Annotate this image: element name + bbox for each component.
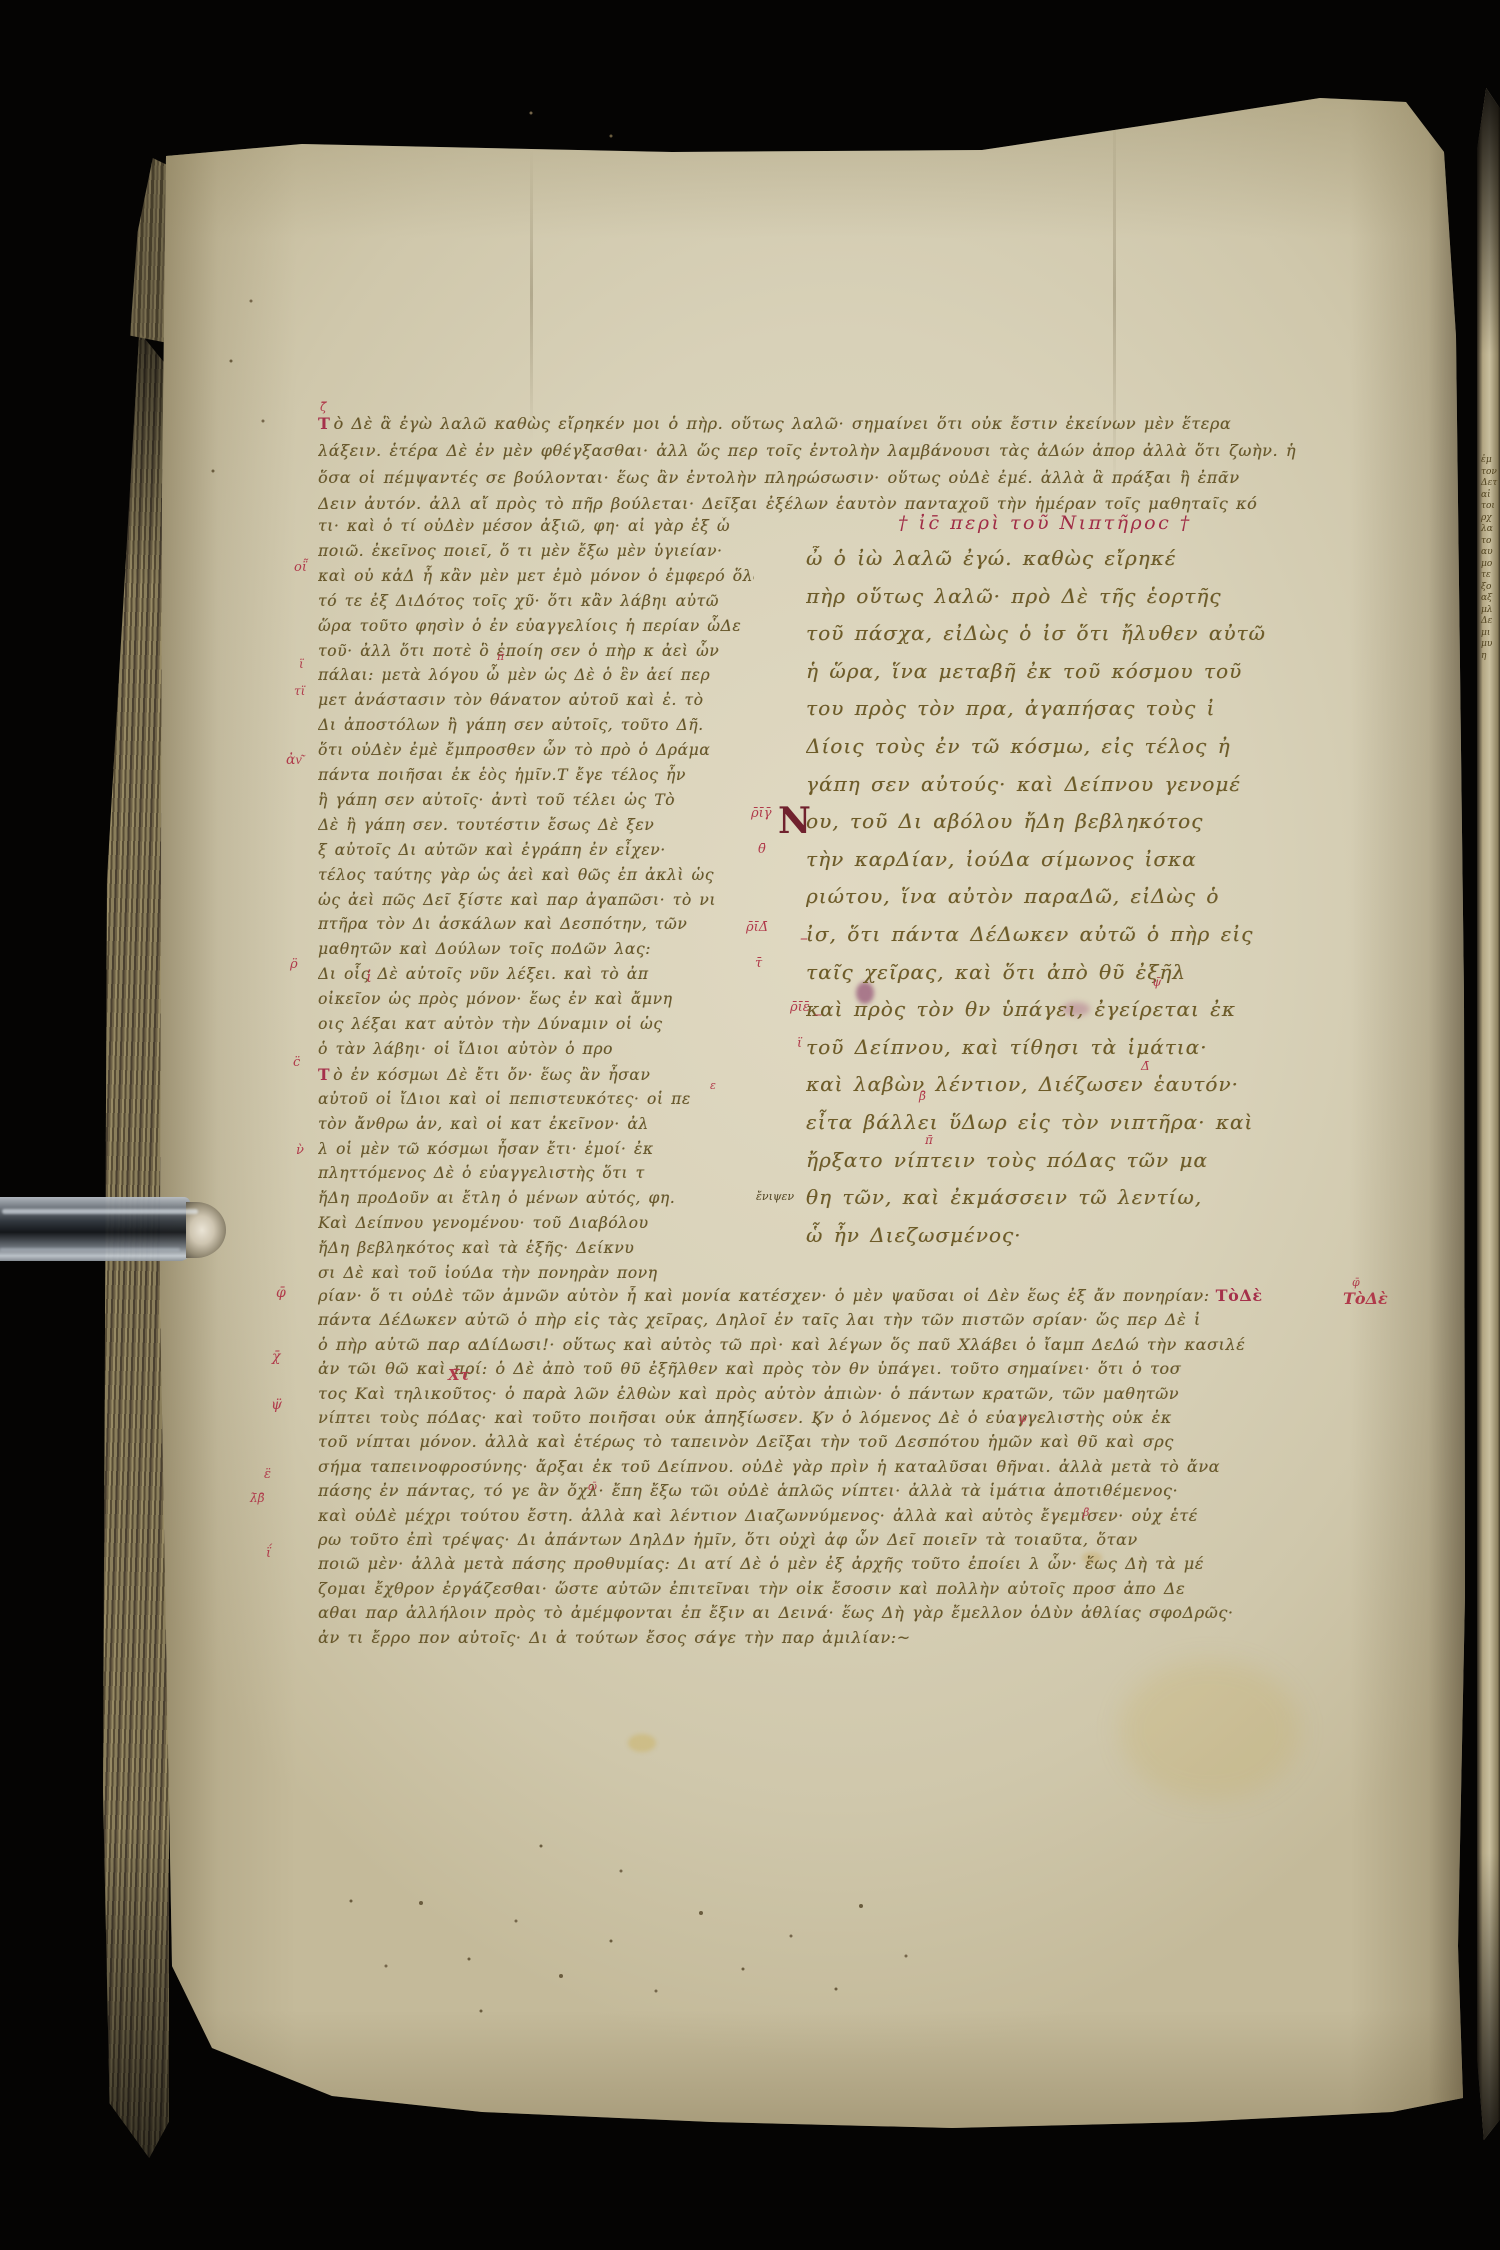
chapter-number-mark: ρ̄ῑε̄ xyxy=(790,1000,810,1015)
interlinear-gloss: ἔνιψεν xyxy=(756,1190,794,1203)
parchment-crease xyxy=(530,150,533,440)
manuscript-line: ὅσα οἱ πέμψαντές σε βούλονται· ἕως ἂν ἐν… xyxy=(318,468,1240,487)
manuscript-line: Δὲ ἢ γάπη σεν. τουτέστιν ἔσως Δὲ ξεν xyxy=(318,816,654,834)
manuscript-line: τοῦ νίπται μόνον. ἀλλὰ καὶ ἑτέρως τὸ ταπ… xyxy=(318,1432,1174,1451)
lemma-line: Δίοις τοὺς ἐν τῶ κόσμω, εἰς τέλος ἠ xyxy=(806,734,1231,758)
supralinear-mark: β̄ xyxy=(919,1089,926,1103)
margin-mark: λ̄β̄ xyxy=(250,1491,265,1505)
manuscript-line: τό τε ἐξ ΔιΔότος τοῖς χῦ· ὅτι κἂν λάβηι … xyxy=(318,592,719,610)
manuscript-line: οἰκεῖον ὡς πρὸς μόνον· ἕως ἐν καὶ ἄμνη xyxy=(318,990,673,1008)
manuscript-line: πάλαι: μετὰ λόγου ὦ μὲν ὡς Δὲ ὁ ἓν ἀεί π… xyxy=(318,666,710,684)
manuscript-line: τοῦ· ἀλλ ὅτι ποτὲ ὃ ἐποίη σεν ὁ πὴρ κ ἀε… xyxy=(318,642,719,660)
glass-rod-highlight xyxy=(0,1248,180,1251)
lemma-line: ἡ ὥρα, ἵνα μεταβῆ ἐκ τοῦ κόσμου τοῦ xyxy=(806,659,1242,683)
lemma-line: ἤρξατο νίπτειν τοὺς πόΔας τῶν μα xyxy=(806,1148,1208,1172)
manuscript-line: νίπτει τοὺς πόΔας· καὶ τοῦτο ποιῆσαι οὐκ… xyxy=(318,1408,1172,1427)
supralinear-mark: φ̄ xyxy=(1352,1276,1360,1289)
supralinear-mark: π̄ xyxy=(925,1133,933,1147)
manuscript-photo: Τὸ Δὲ ἃ ἐγὼ λαλῶ καθὼς εἴρηκέν μοι ὁ πὴρ… xyxy=(0,0,1500,2250)
manuscript-line: Δειν ἀυτόν. ἀλλ αἴ πρὸς τὸ πῆρ βούλεται·… xyxy=(318,494,1257,513)
margin-mark: οῗ xyxy=(294,560,307,575)
lemma-line: τοῦ Δείπνου, καὶ τίθησι τὰ ἱμάτια· xyxy=(806,1035,1208,1059)
manuscript-line: καὶ οὐ κἀΔ ἦ κἂν μὲν μετ ἐμὸ μόνον ὁ ἐμφ… xyxy=(318,567,754,585)
manuscript-line: ποιῶ. ἐκεῖνος ποιεῖ, ὅ τι μὲν ἔξω μὲν ὑγ… xyxy=(318,542,723,560)
manuscript-line: ὡς ἀεὶ πῶς Δεῖ ξίστε καὶ παρ ἀγαπῶσι· τὸ… xyxy=(318,891,716,909)
manuscript-line: Δι ἀποστόλων ἢ γάπη σεν αὐτοῖς, τοῦτο Δῆ… xyxy=(318,716,704,734)
margin-mark: ρ̈ xyxy=(290,957,298,972)
supralinear-mark: ψ xyxy=(1018,1411,1027,1425)
lemma-line: ου, τοῦ Δι αβόλου ἤΔη βεβληκότος xyxy=(806,809,1203,833)
manuscript-line: σι Δὲ καὶ τοῦ ἰούΔα τὴν πονηρὰν πονη xyxy=(318,1264,658,1282)
lemma-line: ταῖς χεῖρας, καὶ ὅτι ἀπὸ θῦ ἐξῆλ xyxy=(806,960,1186,984)
manuscript-line: πάντα ποιῆσαι ἐκ ἑὸς ἡμῖν.Τ ἔγε τέλος ἦν xyxy=(318,766,686,784)
lemma-line: ἰσ, ὅτι πάντα ΔέΔωκεν αὐτῶ ὁ πὴρ εἰς xyxy=(806,922,1253,946)
manuscript-line: λ οἱ μὲν τῶ κόσμωι ἦσαν ἔτι· ἐμοί· ἐκ xyxy=(318,1140,654,1158)
rubric-heading: † ἰϲ̄ περὶ τοῦ Νιπτῆροϲ † xyxy=(898,512,1192,534)
supralinear-mark: ω̄ xyxy=(588,1480,597,1493)
lemma-line: τοῦ πάσχα, εἰΔὼς ὁ ἰσ ὅτι ἤλυθεν αὐτῶ xyxy=(806,621,1266,645)
foxing-speckles xyxy=(0,0,2,2)
manuscript-line: τος Καὶ τηλικοῦτος· ὁ παρὰ λῶν ἐλθὼν καὶ… xyxy=(318,1384,1179,1403)
page-stack-edges-top xyxy=(130,158,168,343)
manuscript-line: Τὸ ἐν κόσμωι Δὲ ἔτι ὄν· ἕως ἂν ἦσαν xyxy=(318,1065,650,1084)
lemma-line: του πρὸς τὸν πρα, ἀγαπήσας τοὺς ἰ xyxy=(806,696,1215,720)
manuscript-line: Τὸ Δὲ ἃ ἐγὼ λαλῶ καθὼς εἴρηκέν μοι ὁ πὴρ… xyxy=(318,414,1231,433)
manuscript-line: τὸν ἄνθρω ἀν, καὶ οἱ κατ ἐκεῖνον· ἀλ xyxy=(318,1115,649,1133)
chapter-number-mark: ρ̄ῑγ̄ xyxy=(751,806,772,821)
rubric-inline-word: ΤὸΔὲ xyxy=(1343,1289,1388,1308)
margin-mark: χ̄ xyxy=(272,1349,280,1365)
manuscript-line: ὅτι οὐΔὲν ἐμὲ ἔμπροσθεν ὧν τὸ πρὸ ὁ Δράμ… xyxy=(318,741,710,759)
glass-rod-highlight xyxy=(2,1209,198,1214)
margin-mark: φ̄ xyxy=(276,1285,286,1301)
lemma-line: θη τῶν, καὶ ἐκμάσσειν τῶ λεντίω, xyxy=(806,1185,1202,1209)
opening-text-block: Τὸ Δὲ ἃ ἐγὼ λαλῶ καθὼς εἴρηκέν μοι ὁ πὴρ… xyxy=(318,414,1426,526)
manuscript-line: αθαι παρ ἀλλήλοιν πρὸς τὸ ἀμέμφονται ἐπ … xyxy=(318,1603,1234,1622)
manuscript-line: μαθητῶν καὶ Δούλων τοῖς ποΔῶν λας: xyxy=(318,940,651,958)
margin-mark: ε̈ xyxy=(264,1467,271,1482)
manuscript-line: καὶ οὐΔὲ μέχρι τούτου ἔστη. ἀλλὰ καὶ λέν… xyxy=(318,1506,1198,1525)
parchment-stain xyxy=(1120,1660,1300,1800)
manuscript-line: ρίαν· ὅ τι οὐΔὲ τῶν ἀμνῶν αὐτὸν ἦ καὶ μο… xyxy=(318,1286,1266,1305)
next-page-text-sliver: ἐμ τον Δετ αἰ τοι ρχ λα το αυ μο τε ξο α… xyxy=(1481,455,1499,662)
manuscript-line: ἀν τι ἔρρο πον αὐτοῖς· Δι ἀ τούτων ἔσος … xyxy=(318,1628,911,1647)
lemma-line: ὧ ἦν Διεζωσμένος· xyxy=(806,1223,1021,1247)
margin-mark: ϊ xyxy=(299,657,304,671)
margin-mark: ν̀ xyxy=(296,1143,304,1158)
manuscript-line: πάσης ἐν πάντας, τό γε ἂν ὄχλ· ἔπη ἔξω τ… xyxy=(318,1481,1178,1500)
manuscript-line: αὐτοῦ οἱ ἴΔιοι καὶ οἱ πεπιστευκότες· οἱ … xyxy=(318,1090,691,1108)
commentary-column-left: τι· καὶ ὁ τί οὐΔὲν μέσον ἀξιῶ, φη· αἰ γὰ… xyxy=(318,517,754,1299)
manuscript-line: ζομαι ἔχθρον ἐργάζεσθαι· ὥστε αὐτῶν ἐπιτ… xyxy=(318,1579,1185,1598)
manuscript-line: τέλος ταύτης γὰρ ὡς ἀεὶ καὶ θῶς ἐπ ἀκλὶ … xyxy=(318,866,714,884)
manuscript-line: τι· καὶ ὁ τί οὐΔὲν μέσον ἀξιῶ, φη· αἰ γὰ… xyxy=(318,517,730,535)
lemma-line: εἶτα βάλλει ὕΔωρ εἰς τὸν νιπτῆρα· καὶ xyxy=(806,1110,1253,1134)
margin-mark: ΐ xyxy=(266,1546,271,1561)
manuscript-line: λάξειν. ἑτέρα Δὲ ἐν μὲν φθέγξασθαι· ἀλλ … xyxy=(318,441,1296,460)
manuscript-line: πληττόμενος Δὲ ὁ εὐαγγελιστὴς ὅτι τ xyxy=(318,1164,645,1182)
supralinear-mark: ε xyxy=(710,1079,716,1092)
fore-edge-pages xyxy=(1477,88,1500,2140)
parchment-stain xyxy=(628,1734,656,1752)
lemma-line: πὴρ οὕτως λαλῶ· πρὸ Δὲ τῆς ἑορτῆς xyxy=(806,584,1221,608)
margin-mark: ψ̈ xyxy=(271,1397,282,1413)
rubric-inline-mark: Χ̄τ xyxy=(448,1366,470,1384)
drop-cap-initial: Ν xyxy=(778,800,811,842)
lection-dash-mark: – xyxy=(800,928,808,947)
manuscript-line: μετ ἀνάστασιν τὸν θάνατον αὐτοῦ καὶ ἐ. τ… xyxy=(318,691,704,709)
manuscript-line: ποιῶ μὲν· ἀλλὰ μετὰ πάσης προθυμίας: Δι … xyxy=(318,1554,1204,1573)
margin-mark: τϊ xyxy=(294,684,305,698)
supralinear-mark: β̄ xyxy=(1083,1506,1089,1519)
manuscript-line: ρω τοῦτο ἐπὶ τρέψας· Δι ἀπάντων ΔηλΔν ἡμ… xyxy=(318,1530,1138,1549)
manuscript-line: ἢ γάπη σεν αὐτοῖς· ἀντὶ τοῦ τέλει ὡς Τὸ xyxy=(318,791,675,809)
manuscript-line: ὁ τὰν λάβηι· οἱ ἴΔιοι αὐτὸν ὁ προ xyxy=(318,1040,613,1058)
manuscript-line: Καὶ Δείπνου γενομένου· τοῦ Διαβόλου xyxy=(318,1214,649,1232)
margin-mark: ζ̄ xyxy=(320,400,327,414)
manuscript-line: ἤΔη προΔοῦν αι ἔτλη ὁ μένων αὐτός, φη. xyxy=(318,1189,675,1207)
manuscript-line: ὥρα τοῦτο φησὶν ὁ ἐν εὐαγγελίοις ἡ περία… xyxy=(318,617,741,635)
chapter-letter-mark: ϊ xyxy=(797,1036,802,1051)
red-initial: ἰ xyxy=(366,968,372,986)
lemma-line: γάπη σεν αὐτούς· καὶ Δείπνου γενομέ xyxy=(806,772,1241,796)
manuscript-line: πάντα ΔέΔωκεν αὐτῶ ὁ πὴρ εἰς τὰς χεῖρας,… xyxy=(318,1310,1201,1329)
manuscript-line: οις λέξαι κατ αὐτὸν τὴν Δύναμιν οἱ ὡς xyxy=(318,1015,663,1033)
manuscript-line: σήμα ταπεινοφροσύνης· ἄρξαι ἐκ τοῦ Δείπν… xyxy=(318,1457,1220,1476)
manuscript-line: ἤΔη βεβληκότος καὶ τὰ ἑξῆς· Δείκνυ xyxy=(318,1239,634,1257)
lemma-line: ριώτου, ἵνα αὐτὸν παραΔῶ, εἰΔὼς ὁ xyxy=(806,884,1219,908)
lection-dash-mark: – xyxy=(814,1004,822,1023)
lemma-line: καὶ πρὸς τὸν θν ὑπάγει, ἐγείρεται ἐκ xyxy=(806,997,1236,1021)
supralinear-mark: π̄ xyxy=(497,650,504,663)
gospel-lemma-column: ὦ ὁ ἰὼ λαλῶ ἐγώ. καθὼς εἴρηκέπὴρ οὕτως λ… xyxy=(806,546,1428,1258)
margin-mark: ἀν͂ xyxy=(286,752,302,769)
manuscript-line: πτῆρα τὸν Δι ἀσκάλων καὶ Δεσπότην, τῶν xyxy=(318,915,687,933)
chapter-letter-mark: τ̄ xyxy=(755,956,762,971)
glass-rod[interactable] xyxy=(0,1197,190,1261)
manuscript-line: ὁ πὴρ αὐτῶ παρ αΔίΔωσι!· οὕτως καὶ αὐτὸς… xyxy=(318,1335,1245,1354)
lemma-line: τὴν καρΔίαν, ἰούΔα σίμωνος ἰσκα xyxy=(806,847,1197,871)
manuscript-line: ξ αὐτοῖς Δι αὐτῶν καὶ ἐγράπη ἐν εἶχεν· xyxy=(318,841,666,859)
chapter-letter-mark: θ̄ xyxy=(758,842,766,857)
lemma-line: καὶ λαβὼν λέντιον, Διέζωσεν ἑαυτόν· xyxy=(806,1072,1239,1096)
commentary-block-bottom: ρίαν· ὅ τι οὐΔὲ τῶν ἀμνῶν αὐτὸν ἦ καὶ μο… xyxy=(318,1286,1428,1658)
margin-mark: ϲ̈ xyxy=(293,1055,300,1070)
lemma-line: ὦ ὁ ἰὼ λαλῶ ἐγώ. καθὼς εἴρηκέ xyxy=(806,546,1177,570)
chapter-number-mark: ρ̄ῑΔ̄ xyxy=(746,920,768,935)
supralinear-mark: Δ̄ xyxy=(1141,1059,1150,1073)
supralinear-mark: ψ̄ xyxy=(1152,975,1161,989)
